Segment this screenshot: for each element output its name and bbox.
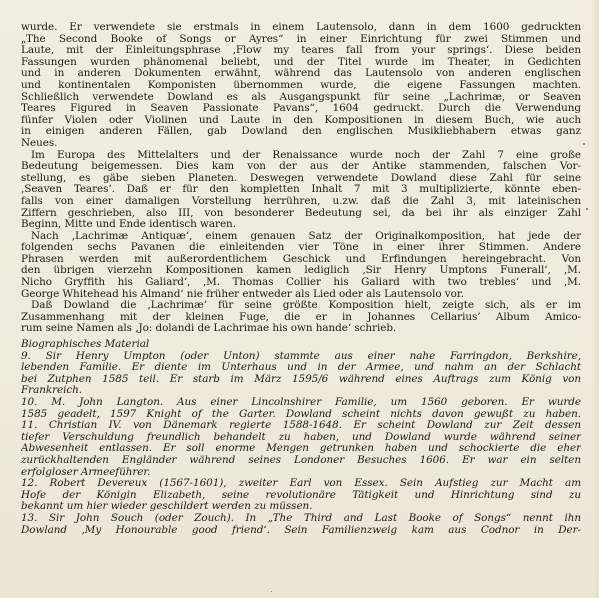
text-line: lebenden Familie. Er diente im Unterhaus… — [21, 362, 581, 374]
text-line: Nicho Gryffith his Galiard‘, ‚M. Thomas … — [21, 277, 581, 289]
text-line: tiefer Verschuldung freundlich behandelt… — [21, 432, 581, 444]
print-speck — [271, 591, 272, 592]
paragraph-3: Nach ‚Lachrimæ Antiquæ‘, einem genauen S… — [21, 231, 581, 301]
biography-section: Biographisches Material 9. Sir Henry Ump… — [21, 339, 581, 536]
body-text: wurde. Er verwendete sie erstmals in ein… — [21, 22, 581, 536]
text-line: Hofe der Königin Elizabeth, seine revolu… — [21, 490, 581, 502]
bio-entry-9: 9. Sir Henry Umpton (oder Unton) stammte… — [21, 351, 581, 397]
paragraph-2: Im Europa des Mittelalters und der Renai… — [21, 150, 581, 231]
bio-entry-10: 10. M. John Langton. Aus einer Lincolnsh… — [21, 397, 581, 420]
bio-entry-13: 13. Sir John Souch (oder Zouch). In „The… — [21, 513, 581, 536]
text-line: Nach ‚Lachrimæ Antiquæ‘, einem genauen S… — [21, 231, 581, 243]
text-line: zurückhaltenden Engländer während seines… — [21, 455, 581, 467]
text-line: 9. Sir Henry Umpton (oder Unton) stammte… — [21, 351, 581, 363]
text-line: rum seine Namen als ‚Jo: dolandi de Lach… — [21, 323, 581, 335]
text-line: ‚Seaven Teares‘. Daß er für den komplett… — [21, 184, 581, 196]
text-line: in einigen anderen Fällen, gab Dowland d… — [21, 126, 581, 138]
text-line: und kontinentalen Komponisten übernommen… — [21, 80, 581, 92]
text-line: Abwesenheit entlassen. Er soll enorme Me… — [21, 443, 581, 455]
text-line: falls von einer damaligen Vorstellung he… — [21, 196, 581, 208]
text-line: Laute, mit der Einleitungsphrase ‚Flow m… — [21, 45, 581, 57]
paragraph-4: Daß Dowland die ‚Lachrimæ‘ für seine grö… — [21, 300, 581, 335]
text-line: Neues. — [21, 138, 581, 150]
section-heading: Biographisches Material — [21, 339, 581, 351]
text-line: und in anderen Dokumenten erwähnt, währe… — [21, 68, 581, 80]
bio-entry-11: 11. Christian IV. von Dänemark regierte … — [21, 420, 581, 478]
text-line: den übrigen vierzehn Kompositionen kamen… — [21, 265, 581, 277]
text-line: Daß Dowland die ‚Lachrimæ‘ für seine grö… — [21, 300, 581, 312]
text-line: Beginn, Mitte und Ende identisch waren. — [21, 219, 581, 231]
text-line: Schließlich verwendete Dowland es als Au… — [21, 92, 581, 104]
text-line: Bedeutung beigemessen. Dies kam von der … — [21, 161, 581, 173]
text-line: erfolgloser Armeeführer. — [21, 467, 581, 479]
text-line: Frankreich. — [21, 385, 581, 397]
text-line: Zusammenhang mit der kleinen Fuge, die e… — [21, 312, 581, 324]
text-line: Ziffern geschrieben, also III, von beson… — [21, 208, 581, 220]
bio-entry-12: 12. Robert Devereux (1567-1601), zweiter… — [21, 478, 581, 513]
print-speck — [583, 143, 585, 145]
print-speck — [586, 208, 588, 210]
text-line: 11. Christian IV. von Dänemark regierte … — [21, 420, 581, 432]
text-line: Dowland ‚My Honourable good friend‘. Sei… — [21, 525, 581, 537]
text-line: Teares Figured in Seaven Passionate Pava… — [21, 103, 581, 115]
text-line: George Whitehead his Almand‘ nie früher … — [21, 289, 581, 301]
page-edge — [593, 0, 599, 598]
text-line: Fassungen wurden phänomenal beliebt, und… — [21, 57, 581, 69]
text-line: bei Zutphen 1585 teil. Er starb im März … — [21, 374, 581, 386]
text-line: 12. Robert Devereux (1567-1601), zweiter… — [21, 478, 581, 490]
text-line: folgenden sechs Pavanen die einleitenden… — [21, 242, 581, 254]
paragraph-1: wurde. Er verwendete sie erstmals in ein… — [21, 22, 581, 150]
text-line: „The Second Booke of Songs or Ayres“ in … — [21, 34, 581, 46]
text-line: 1585 geadelt, 1597 Knight of the Garter.… — [21, 409, 581, 421]
text-line: Im Europa des Mittelalters und der Renai… — [21, 150, 581, 162]
text-line: wurde. Er verwendete sie erstmals in ein… — [21, 22, 581, 34]
text-line: stellung, es gäbe sieben Planeten. Deswe… — [21, 173, 581, 185]
document-page: wurde. Er verwendete sie erstmals in ein… — [0, 0, 599, 598]
text-line: bekannt um hier wieder geschildert werde… — [21, 501, 581, 513]
text-line: Phrasen werden mit außerordentlichem Ges… — [21, 254, 581, 266]
text-line: fünfer Violen oder Violinen und Laute in… — [21, 115, 581, 127]
text-line: 13. Sir John Souch (oder Zouch). In „The… — [21, 513, 581, 525]
text-line: 10. M. John Langton. Aus einer Lincolnsh… — [21, 397, 581, 409]
